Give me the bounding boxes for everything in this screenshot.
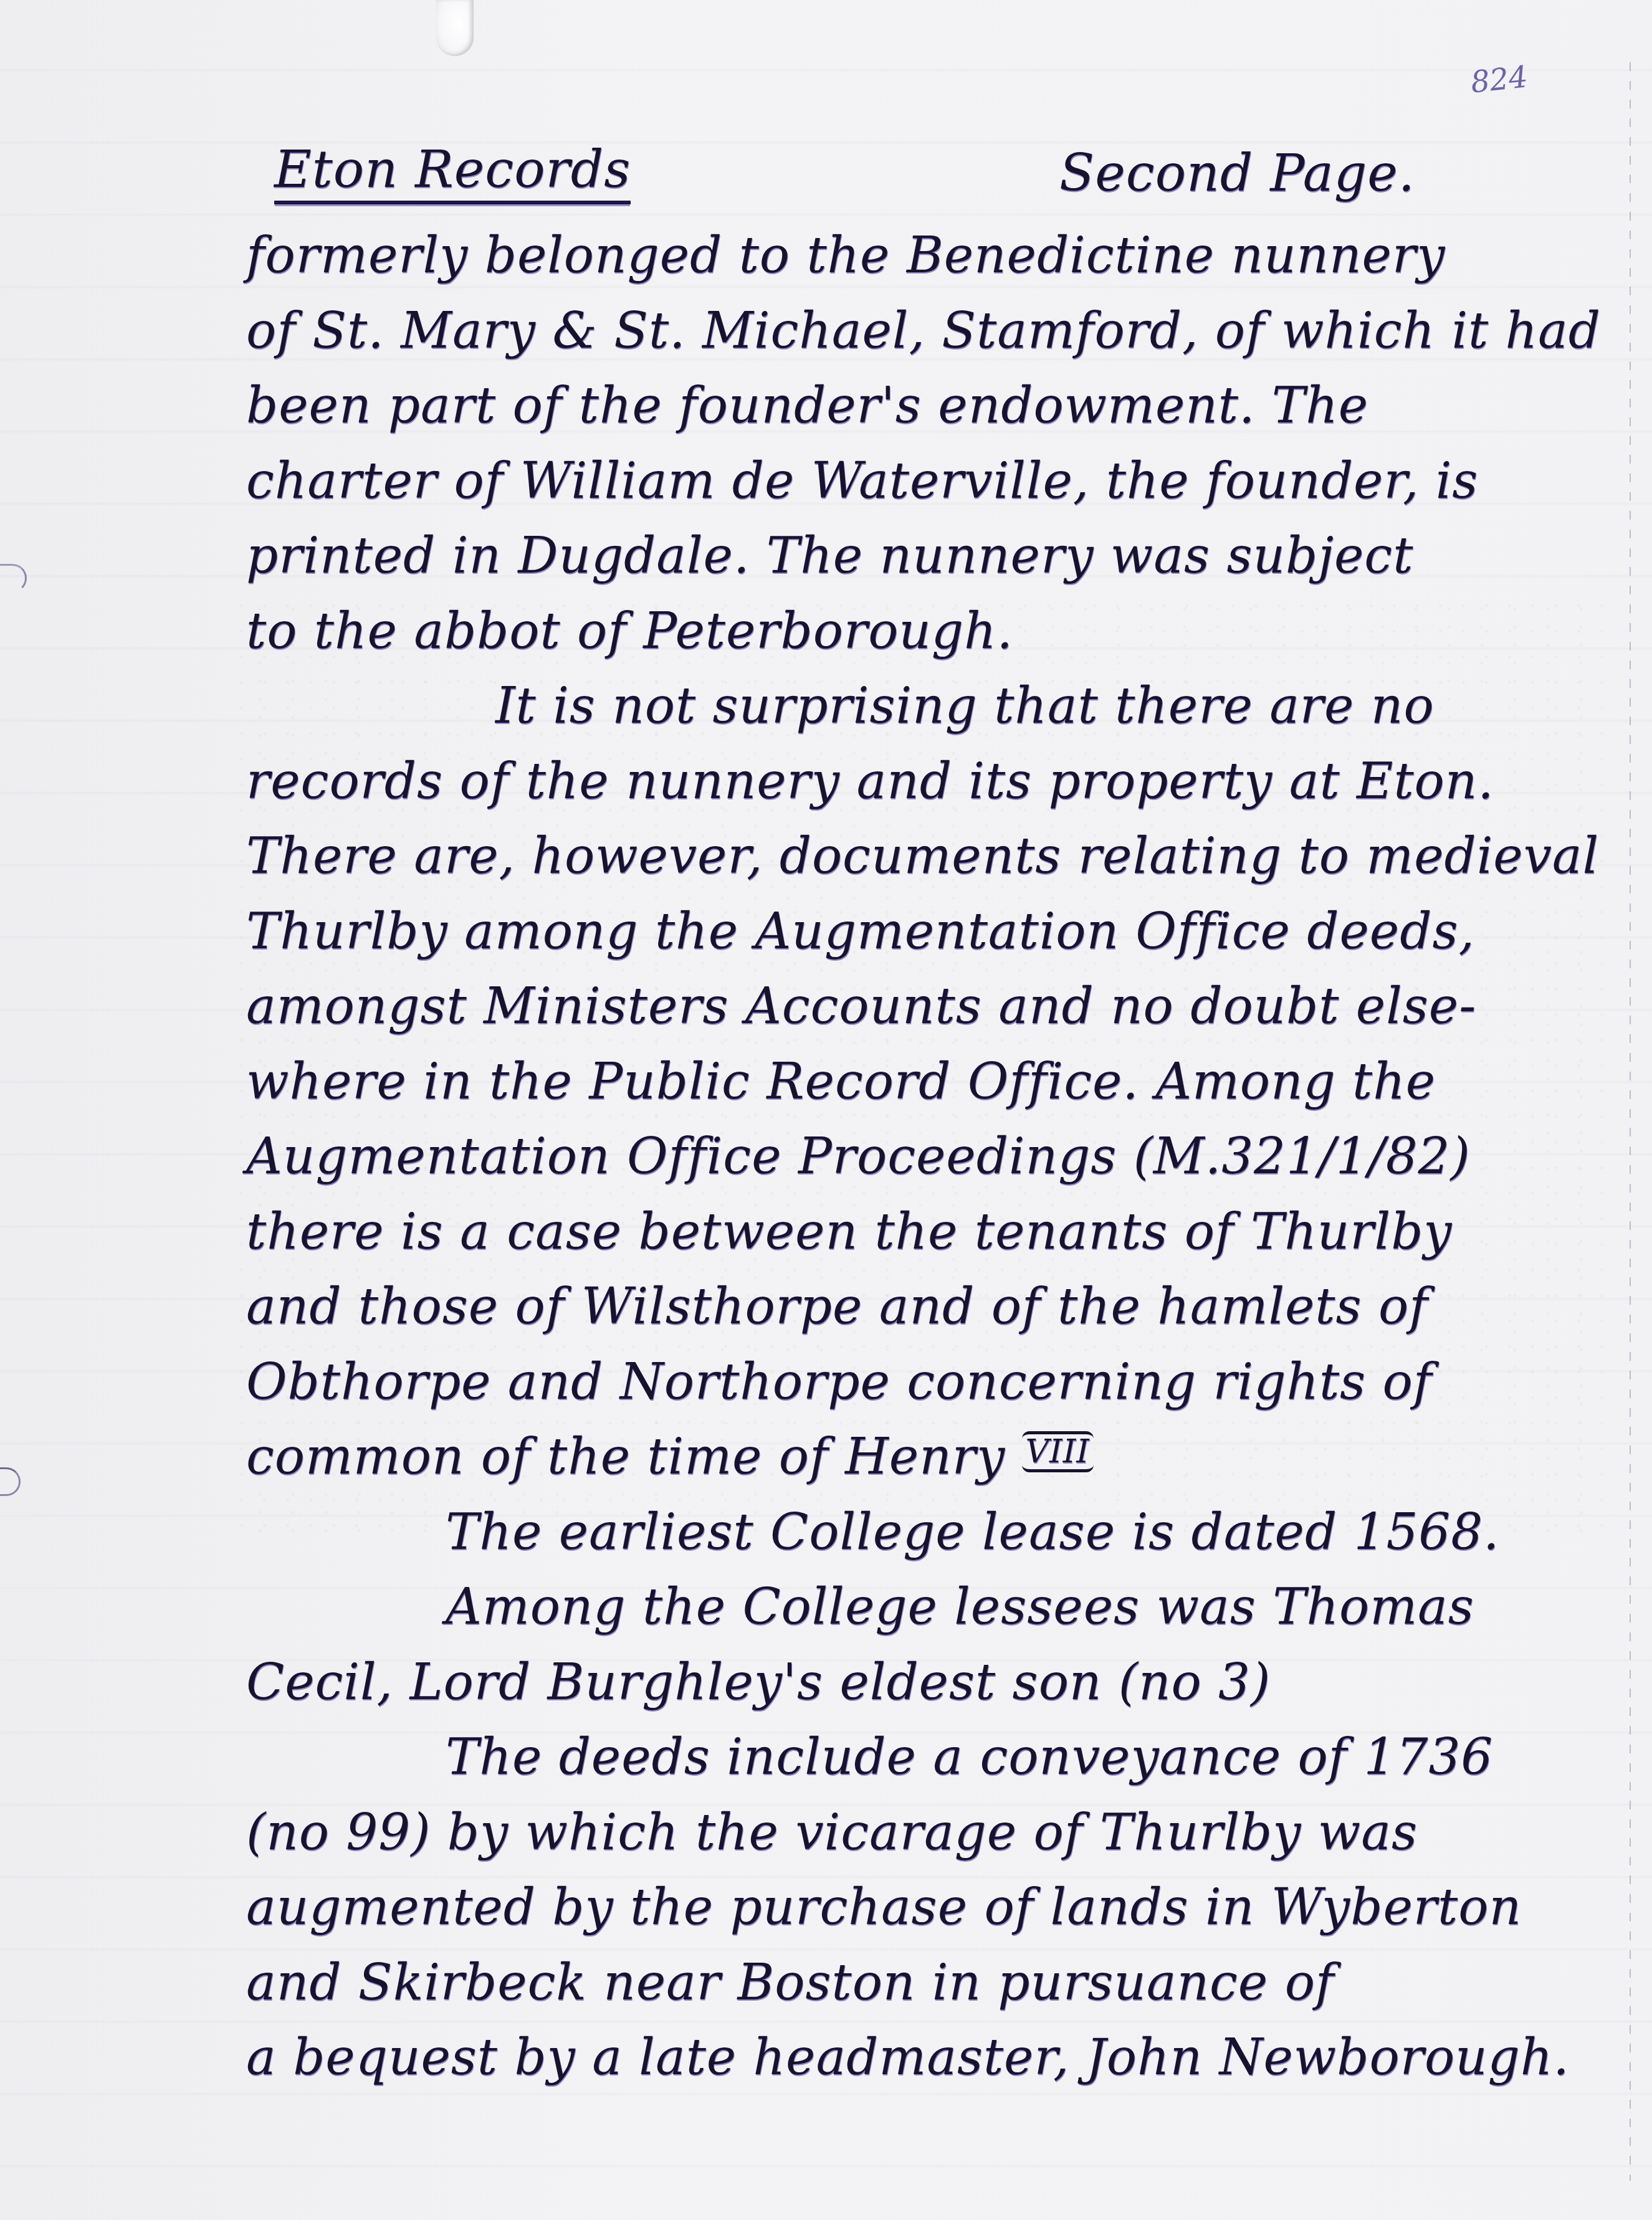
line-text: (no 99) by which the vicarage of Thurlby… <box>246 1803 1418 1861</box>
paragraph-start-line: The deeds include a conveyance of 1736 <box>246 1720 1636 1795</box>
line-text: where in the Public Record Office. Among… <box>246 1052 1436 1110</box>
paragraph-start-line: Among the College lessees was Thomas <box>246 1570 1636 1645</box>
text-line: and Skirbeck near Boston in pursuance of <box>246 1945 1636 2021</box>
line-text: Augmentation Office Proceedings (M.321/1… <box>246 1127 1471 1185</box>
line-text: to the abbot of Peterborough. <box>246 602 1013 660</box>
line-text: There are, however, documents relating t… <box>246 827 1599 885</box>
line-text: charter of William de Waterville, the fo… <box>246 452 1478 510</box>
line-text: been part of the founder's endowment. Th… <box>246 376 1368 434</box>
text-line: augmented by the purchase of lands in Wy… <box>246 1870 1636 1945</box>
margin-binding-mark-bottom <box>0 1467 21 1496</box>
text-line: there is a case between the tenants of T… <box>246 1194 1636 1270</box>
text-line: common of the time of Henry VIII <box>246 1419 1636 1495</box>
line-text: a bequest by a late headmaster, John New… <box>246 2028 1570 2086</box>
text-line: printed in Dugdale. The nunnery was subj… <box>246 518 1636 594</box>
text-line: of St. Mary & St. Michael, Stamford, of … <box>246 293 1636 369</box>
line-text: It is not surprising that there are no <box>495 677 1435 735</box>
line-text: augmented by the purchase of lands in Wy… <box>246 1878 1522 1936</box>
line-text: Obthorpe and Northorpe concerning rights… <box>246 1353 1432 1411</box>
line-text: Cecil, Lord Burghley's eldest son (no 3) <box>246 1653 1271 1711</box>
roman-numeral: VIII <box>1022 1431 1094 1472</box>
text-line: to the abbot of Peterborough. <box>246 594 1636 669</box>
folio-number: 824 <box>1469 59 1529 100</box>
text-line: amongst Ministers Accounts and no doubt … <box>246 969 1636 1044</box>
margin-binding-mark-top <box>0 564 27 593</box>
line-text: Thurlby among the Augmentation Office de… <box>246 902 1475 960</box>
line-text: printed in Dugdale. The nunnery was subj… <box>246 526 1413 584</box>
paragraph-start-line: The earliest College lease is dated 1568… <box>246 1495 1636 1570</box>
text-line: There are, however, documents relating t… <box>246 819 1636 894</box>
text-line: Thurlby among the Augmentation Office de… <box>246 894 1636 969</box>
text-line: formerly belonged to the Benedictine nun… <box>246 218 1636 293</box>
text-line: records of the nunnery and its property … <box>246 744 1636 819</box>
text-line: Cecil, Lord Burghley's eldest son (no 3) <box>246 1645 1636 1720</box>
line-text: common of the time of Henry <box>246 1427 1005 1485</box>
document-title: Eton Records <box>274 140 631 204</box>
manuscript-page: 824 Eton Records Second Page. formerly b… <box>0 0 1652 2220</box>
text-line: been part of the founder's endowment. Th… <box>246 368 1636 444</box>
line-text: records of the nunnery and its property … <box>246 752 1494 810</box>
page-header: Eton Records Second Page. <box>274 140 1521 209</box>
text-line: a bequest by a late headmaster, John New… <box>246 2020 1636 2095</box>
text-line: Augmentation Office Proceedings (M.321/1… <box>246 1119 1636 1194</box>
line-text: and those of Wilsthorpe and of the hamle… <box>246 1277 1428 1335</box>
line-text: there is a case between the tenants of T… <box>246 1203 1453 1260</box>
text-line: where in the Public Record Office. Among… <box>246 1044 1636 1120</box>
text-line: and those of Wilsthorpe and of the hamle… <box>246 1269 1636 1345</box>
text-line: (no 99) by which the vicarage of Thurlby… <box>246 1795 1636 1870</box>
paragraph-start-line: It is not surprising that there are no <box>246 669 1636 744</box>
line-text: The deeds include a conveyance of 1736 <box>446 1728 1493 1786</box>
manuscript-body: formerly belonged to the Benedictine nun… <box>246 218 1636 2095</box>
line-text: amongst Ministers Accounts and no doubt … <box>246 977 1476 1035</box>
page-label: Second Page. <box>1059 144 1415 203</box>
text-line: charter of William de Waterville, the fo… <box>246 444 1636 519</box>
text-line: Obthorpe and Northorpe concerning rights… <box>246 1345 1636 1420</box>
line-text: formerly belonged to the Benedictine nun… <box>246 226 1445 284</box>
line-text: Among the College lessees was Thomas <box>446 1578 1474 1636</box>
line-text: and Skirbeck near Boston in pursuance of <box>246 1953 1334 2011</box>
line-text: of St. Mary & St. Michael, Stamford, of … <box>246 302 1601 360</box>
punch-hole <box>436 0 474 56</box>
line-text: The earliest College lease is dated 1568… <box>446 1503 1500 1561</box>
